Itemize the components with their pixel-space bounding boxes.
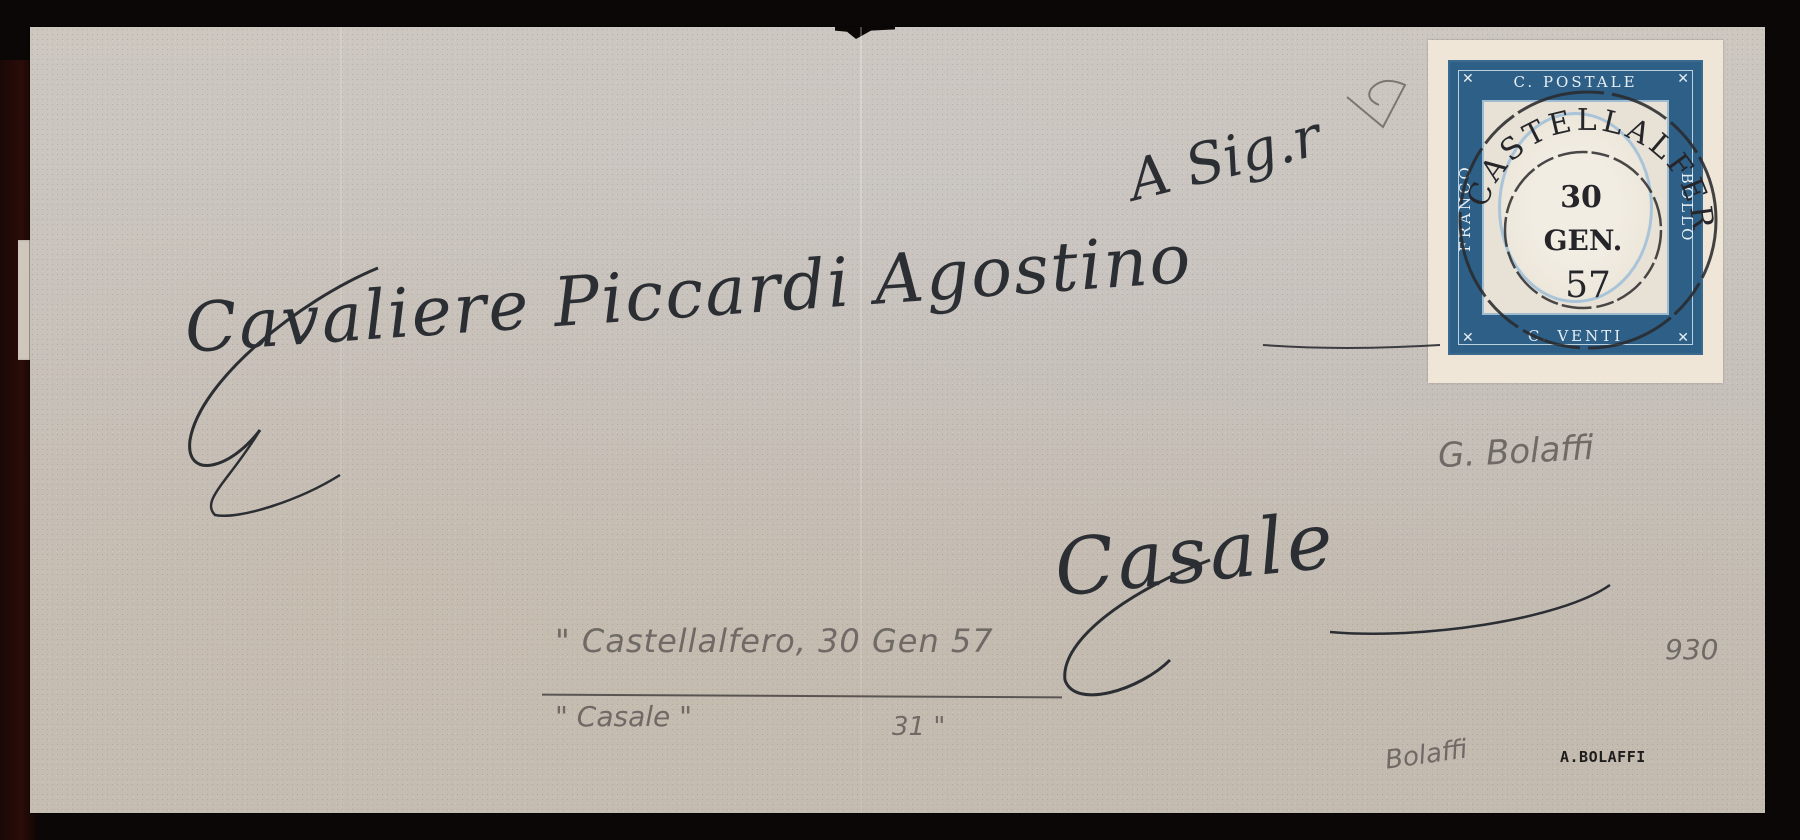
stamp-top-text: C. POSTALE xyxy=(1513,73,1637,91)
fold-crease xyxy=(340,27,342,813)
stamp-portrait-field xyxy=(1482,100,1669,315)
pencil-route-arrival-date: 31 " xyxy=(892,712,945,742)
stamp-right-text: BOLLO xyxy=(1678,172,1696,243)
postage-stamp: ✕ ✕ ✕ ✕ C. POSTALE C. VENTI FRANCO BOLLO xyxy=(1428,40,1723,383)
pencil-triangle-mark xyxy=(1343,75,1413,135)
pencil-expert-signature: G. Bolaffi xyxy=(1437,428,1595,476)
pencil-reference-number: 930 xyxy=(1665,633,1718,666)
stamp-left-text: FRANCO xyxy=(1456,164,1474,251)
pencil-route-origin: " Castellalfero, 30 Gen 57 xyxy=(555,622,994,660)
corner-cross-icon: ✕ xyxy=(1677,331,1689,345)
stamp-portrait-oval xyxy=(1498,112,1653,303)
pencil-route-destination: " Casale " xyxy=(555,700,692,733)
corner-cross-icon: ✕ xyxy=(1677,72,1689,86)
stamp-value-text: C. VENTI xyxy=(1528,327,1623,345)
stamp-frame: ✕ ✕ ✕ ✕ C. POSTALE C. VENTI FRANCO BOLLO xyxy=(1448,60,1703,355)
corner-cross-icon: ✕ xyxy=(1462,331,1474,345)
corner-cross-icon: ✕ xyxy=(1462,72,1474,86)
expert-handstamp: A.BOLAFFI xyxy=(1560,748,1646,766)
